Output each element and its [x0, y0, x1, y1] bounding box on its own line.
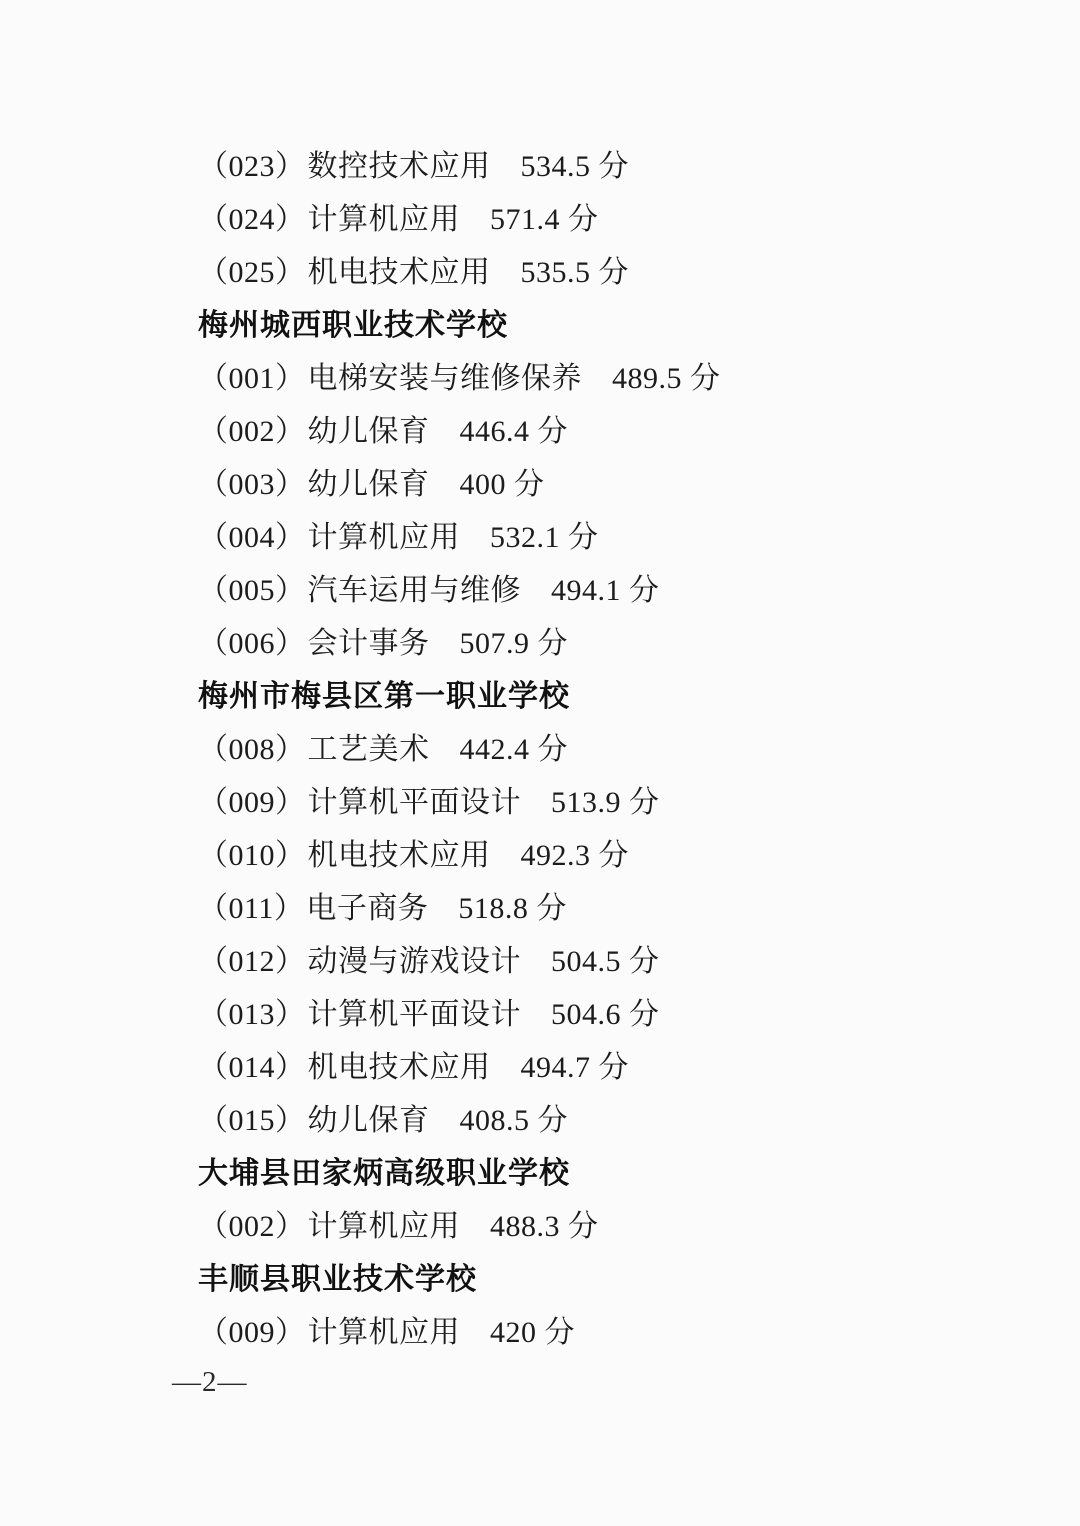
entry-unit: 分 — [545, 1316, 576, 1349]
entry-unit: 分 — [568, 203, 599, 236]
entry-code: （014） — [198, 1051, 306, 1084]
program-entry: （005）汽车运用与维修494.1分 — [198, 564, 1020, 617]
entry-unit: 分 — [538, 627, 569, 660]
entry-score: 492.3 — [521, 839, 591, 872]
entry-program: 计算机应用 — [308, 203, 461, 236]
entry-program: 电梯安装与维修保养 — [308, 362, 583, 395]
entry-unit: 分 — [568, 1210, 599, 1243]
entry-program: 计算机应用 — [308, 521, 461, 554]
entry-code: （002） — [198, 415, 306, 448]
entry-program: 幼儿保育 — [308, 1104, 430, 1137]
entry-code: （003） — [198, 468, 306, 501]
entry-unit: 分 — [599, 150, 630, 183]
program-entry: （009）计算机平面设计513.9分 — [198, 776, 1020, 829]
program-entry: （004）计算机应用532.1分 — [198, 511, 1020, 564]
entry-code: （025） — [198, 256, 306, 289]
entry-unit: 分 — [629, 786, 660, 819]
entry-unit: 分 — [536, 892, 567, 925]
entry-code: （011） — [198, 892, 304, 925]
program-entry: （008）工艺美术442.4分 — [198, 723, 1020, 776]
entry-score: 420 — [490, 1316, 537, 1349]
entry-program: 幼儿保育 — [308, 415, 430, 448]
document-body: （023）数控技术应用534.5分（024）计算机应用571.4分（025）机电… — [198, 140, 1020, 1359]
entry-unit: 分 — [629, 998, 660, 1031]
entry-score: 488.3 — [490, 1210, 560, 1243]
entry-score: 504.5 — [551, 945, 621, 978]
program-entry: （012）动漫与游戏设计504.5分 — [198, 935, 1020, 988]
entry-program: 计算机应用 — [308, 1316, 461, 1349]
program-entry: （003）幼儿保育400分 — [198, 458, 1020, 511]
entry-unit: 分 — [690, 362, 721, 395]
program-entry: （002）计算机应用488.3分 — [198, 1200, 1020, 1253]
entry-score: 494.1 — [551, 574, 621, 607]
entry-score: 504.6 — [551, 998, 621, 1031]
entry-score: 534.5 — [521, 150, 591, 183]
entry-code: （004） — [198, 521, 306, 554]
entry-program: 工艺美术 — [308, 733, 430, 766]
entry-score: 571.4 — [490, 203, 560, 236]
entry-code: （023） — [198, 150, 306, 183]
school-heading: 大埔县田家炳高级职业学校 — [198, 1147, 1020, 1200]
entry-code: （012） — [198, 945, 306, 978]
entry-code: （010） — [198, 839, 306, 872]
program-entry: （024）计算机应用571.4分 — [198, 193, 1020, 246]
program-entry: （023）数控技术应用534.5分 — [198, 140, 1020, 193]
entry-unit: 分 — [568, 521, 599, 554]
entry-program: 计算机平面设计 — [308, 998, 522, 1031]
entry-unit: 分 — [538, 415, 569, 448]
entry-unit: 分 — [629, 945, 660, 978]
entry-score: 535.5 — [521, 256, 591, 289]
entry-unit: 分 — [599, 839, 630, 872]
program-entry: （006）会计事务507.9分 — [198, 617, 1020, 670]
entry-program: 汽车运用与维修 — [308, 574, 522, 607]
entry-program: 计算机应用 — [308, 1210, 461, 1243]
entry-program: 动漫与游戏设计 — [308, 945, 522, 978]
entry-score: 513.9 — [551, 786, 621, 819]
program-entry: （001）电梯安装与维修保养489.5分 — [198, 352, 1020, 405]
entry-score: 446.4 — [460, 415, 530, 448]
program-entry: （002）幼儿保育446.4分 — [198, 405, 1020, 458]
entry-score: 494.7 — [521, 1051, 591, 1084]
entry-program: 数控技术应用 — [308, 150, 491, 183]
entry-program: 会计事务 — [308, 627, 430, 660]
entry-unit: 分 — [599, 256, 630, 289]
entry-program: 机电技术应用 — [308, 256, 491, 289]
entry-code: （013） — [198, 998, 306, 1031]
entry-code: （006） — [198, 627, 306, 660]
program-entry: （013）计算机平面设计504.6分 — [198, 988, 1020, 1041]
program-entry: （010）机电技术应用492.3分 — [198, 829, 1020, 882]
entry-program: 机电技术应用 — [308, 839, 491, 872]
entry-score: 442.4 — [460, 733, 530, 766]
school-heading: 梅州城西职业技术学校 — [198, 299, 1020, 352]
program-entry: （009）计算机应用420分 — [198, 1306, 1020, 1359]
entry-code: （009） — [198, 1316, 306, 1349]
entry-unit: 分 — [538, 1104, 569, 1137]
entry-unit: 分 — [538, 733, 569, 766]
school-heading: 梅州市梅县区第一职业学校 — [198, 670, 1020, 723]
program-entry: （011）电子商务518.8分 — [198, 882, 1020, 935]
entry-code: （002） — [198, 1210, 306, 1243]
entry-unit: 分 — [599, 1051, 630, 1084]
entry-code: （015） — [198, 1104, 306, 1137]
entry-score: 518.8 — [458, 892, 528, 925]
page-number: —2— — [172, 1362, 248, 1402]
entry-program: 计算机平面设计 — [308, 786, 522, 819]
entry-code: （005） — [198, 574, 306, 607]
program-entry: （014）机电技术应用494.7分 — [198, 1041, 1020, 1094]
entry-program: 机电技术应用 — [308, 1051, 491, 1084]
program-entry: （015）幼儿保育408.5分 — [198, 1094, 1020, 1147]
entry-score: 532.1 — [490, 521, 560, 554]
entry-unit: 分 — [629, 574, 660, 607]
entry-score: 489.5 — [612, 362, 682, 395]
entry-score: 400 — [460, 468, 507, 501]
entry-code: （009） — [198, 786, 306, 819]
program-entry: （025）机电技术应用535.5分 — [198, 246, 1020, 299]
school-heading: 丰顺县职业技术学校 — [198, 1253, 1020, 1306]
entry-program: 幼儿保育 — [308, 468, 430, 501]
entry-code: （024） — [198, 203, 306, 236]
entry-code: （001） — [198, 362, 306, 395]
entry-score: 408.5 — [460, 1104, 530, 1137]
entry-unit: 分 — [514, 468, 545, 501]
entry-code: （008） — [198, 733, 306, 766]
entry-program: 电子商务 — [306, 892, 428, 925]
entry-score: 507.9 — [460, 627, 530, 660]
